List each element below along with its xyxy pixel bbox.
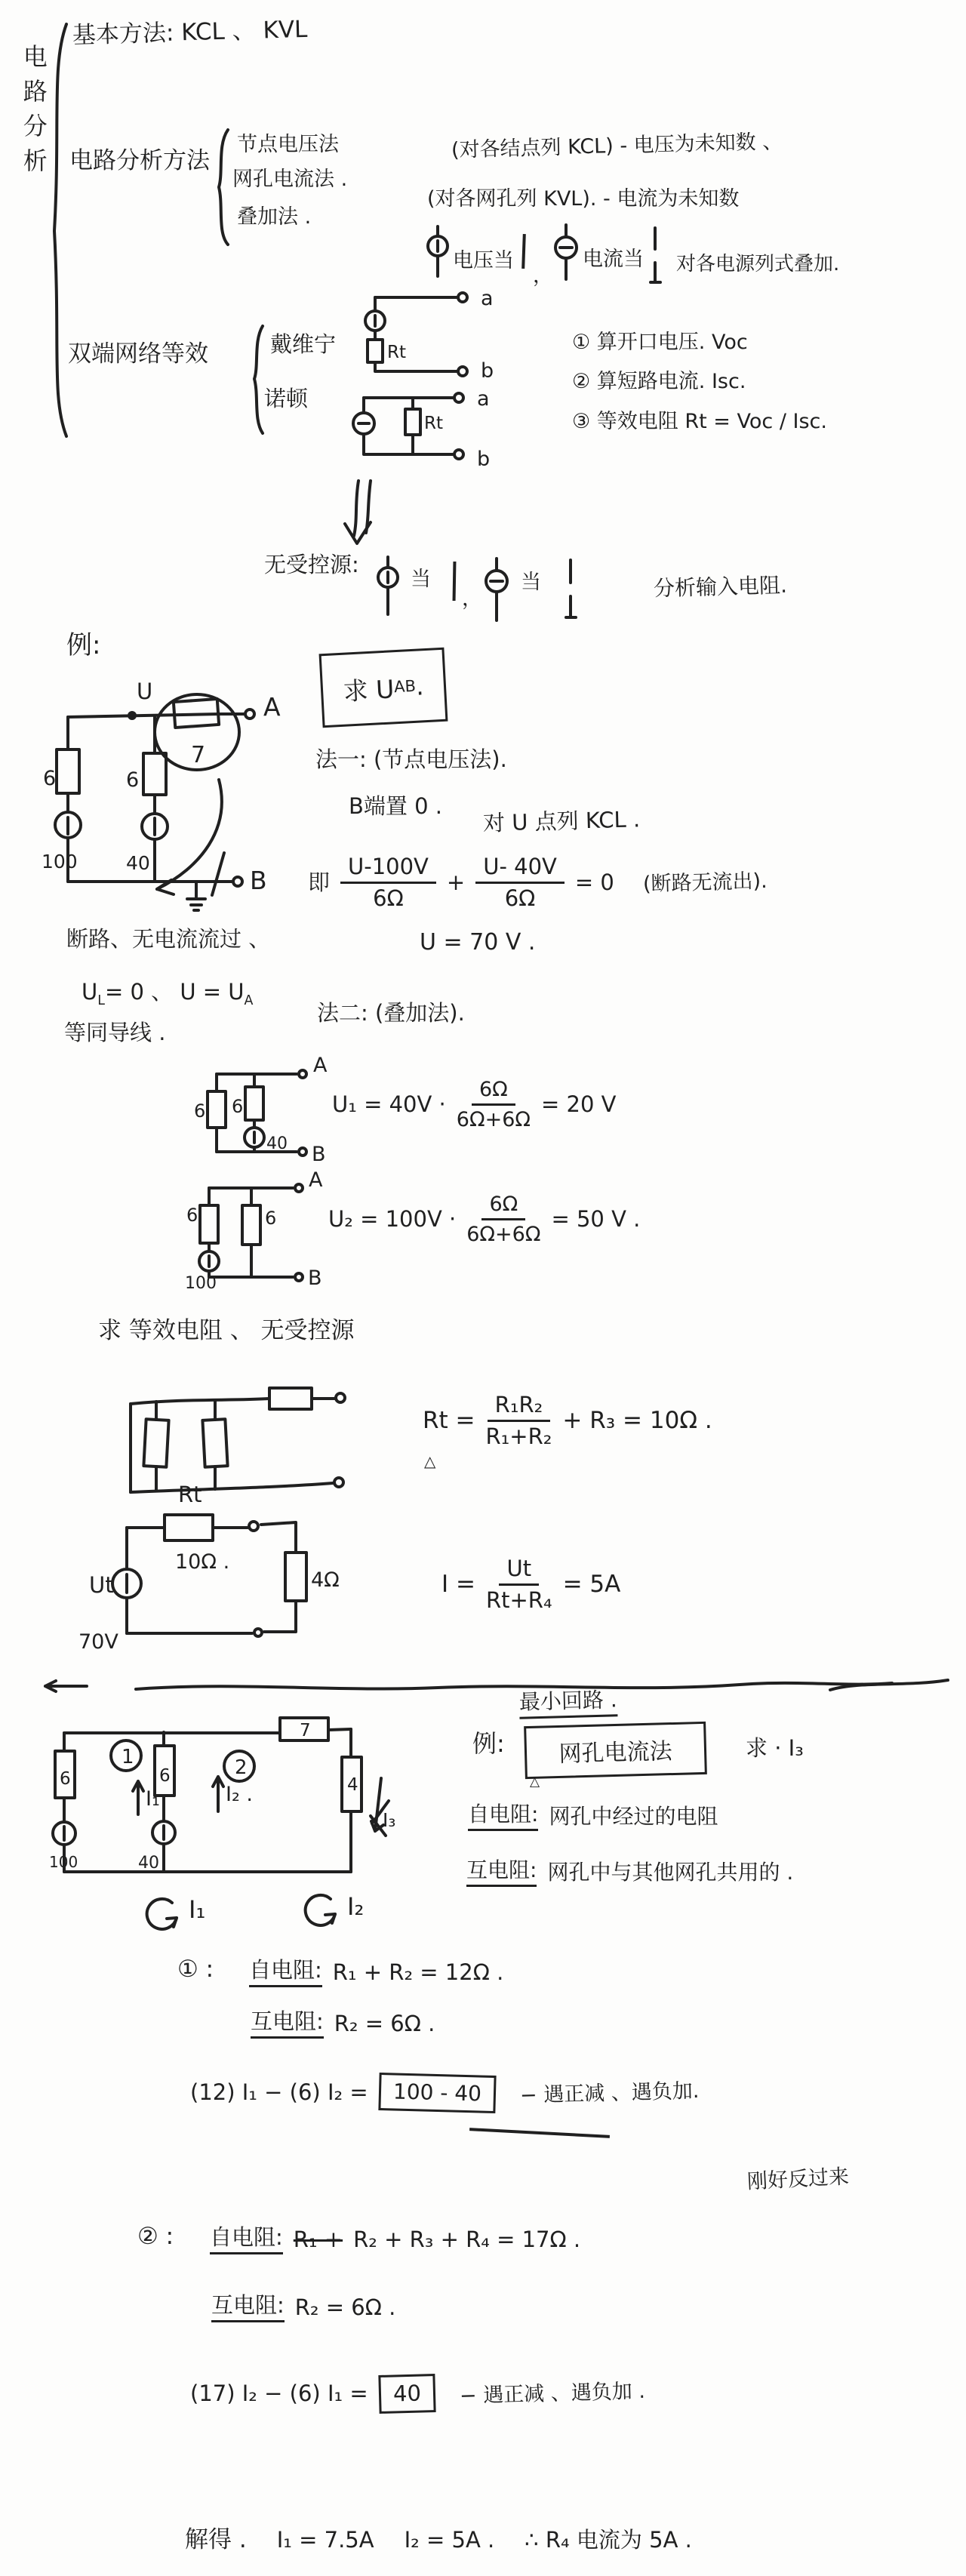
terminal-a (295, 1184, 303, 1192)
u1-equation: U₁ = 40V · 6Ω6Ω+6Ω = 20 V (332, 1078, 617, 1131)
down-arrow-icon (336, 477, 389, 552)
eq1-boxed-value: 100 - 40 (378, 2073, 496, 2113)
fraction-1-num: U-100V (340, 854, 436, 884)
i1-label: I₁ (146, 1787, 160, 1811)
terminal-a (454, 393, 463, 402)
current-equation: I = UtRt+R₄ = 5A (441, 1556, 620, 1614)
resistor-left-label: 6 (60, 1769, 71, 1789)
resistor-left-label: 6 (194, 1100, 205, 1122)
resistor-box-left (57, 749, 79, 793)
u2-fraction: 6Ω6Ω+6Ω (466, 1193, 540, 1246)
fraction-1: U-100V6Ω (340, 854, 436, 912)
twoport-label: 双端网络等效 (68, 341, 208, 368)
mesh-equation-2: (17) I₂ − (6) I₁ = 40 − 遇正减 、遇负加 . (190, 2374, 645, 2413)
step2-self-value: R₂ + R₃ + R₄ = 17Ω . (353, 2227, 580, 2252)
delta-mark: △ (424, 1453, 435, 1470)
terminal-a-label: a (477, 387, 490, 411)
resistor-box-4 (285, 1553, 306, 1601)
self-resistance-text: 网孔中经过的电阻 (549, 1805, 718, 1829)
i2-label: I₂ . (226, 1783, 253, 1806)
delta-mark: △ (530, 1775, 540, 1790)
resistor-box (405, 409, 420, 435)
subcircuit-2: A 6 100 6 B (185, 1171, 328, 1291)
rt-num: R₁R₂ (488, 1393, 551, 1422)
outline-basic-methods: 基本方法: KCL 、 KVL (72, 17, 308, 50)
comma-mark: ， (533, 264, 553, 288)
wire (261, 1522, 296, 1553)
ut-value-label: 70V (78, 1630, 118, 1654)
plus-sign: + (447, 870, 465, 895)
terminal-bottom (254, 1629, 262, 1636)
u2-rhs: = 50 V . (551, 1207, 640, 1232)
source-100-label: 100 (42, 851, 78, 873)
short-circuit-symbol (453, 562, 457, 601)
u2-den: 6Ω+6Ω (466, 1220, 540, 1246)
eq-note: (断路无流出). (642, 869, 767, 896)
resistor-7-label: 7 (300, 1721, 311, 1740)
self-resistance-label: 自电阻: (249, 1958, 322, 1987)
rt-label: Rt (424, 414, 443, 433)
open-circuit-symbol (565, 557, 577, 620)
loop1-arrow-icon (137, 1891, 183, 1936)
loop2-arrow-icon (296, 1887, 341, 1932)
eq2-boxed-value: 40 (378, 2374, 435, 2414)
method2-title: 法二: (叠加法). (317, 1001, 465, 1026)
fraction-1-den: 6Ω (373, 884, 404, 911)
u1-lhs: U₁ = 40V · (332, 1092, 446, 1117)
example-label: 例: (66, 631, 100, 660)
step1-self-value: R₁ + R₂ = 12Ω . (333, 1960, 504, 1985)
wire (264, 1601, 296, 1632)
i-lhs: I = (441, 1571, 475, 1599)
terminal-b (454, 450, 463, 459)
thevenin-step-2: ② 算短路电流. Isc. (572, 370, 746, 393)
solution-label: 解得 . (185, 2527, 247, 2554)
resistor-4-label: 4 (347, 1775, 358, 1795)
ul-s1: L (97, 993, 105, 1008)
rt-fraction: R₁R₂R₁+R₂ (486, 1393, 552, 1450)
terminal-top (249, 1522, 258, 1531)
source-40-label: 40 (138, 1854, 159, 1873)
fraction-2-den: 6Ω (505, 884, 536, 911)
rt-den: R₁+R₂ (486, 1422, 552, 1449)
thevenin-result-circuit: Rt 10Ω . 4Ω Ut 70V (68, 1481, 347, 1658)
step2-mutual-value: R₂ = 6Ω . (295, 2295, 396, 2320)
i1-arrow (133, 1781, 143, 1814)
resistor-left-label: 6 (186, 1205, 198, 1226)
rt-tail: + R₃ = 10Ω . (562, 1408, 712, 1435)
thevenin-step-3: ③ 等效电阻 Rt = Voc / Isc. (572, 410, 827, 433)
ul-s2: A (245, 993, 254, 1008)
method-superposition: 叠加法 . (237, 205, 311, 229)
method-mesh-current: 网孔电流法 . (232, 168, 347, 191)
wire (375, 362, 457, 371)
superposition-tail-note: 对各电源列式叠加. (676, 254, 839, 276)
outline-methods-label: 电路分析方法 (69, 148, 210, 175)
self-resistance-label: 自电阻: (210, 2225, 283, 2254)
ul-p1: U (82, 979, 97, 1005)
voltage-source-icon (377, 557, 398, 616)
terminal-b (299, 1148, 306, 1156)
u2-lhs: U₂ = 100V · (328, 1207, 456, 1232)
wire (328, 1729, 351, 1730)
u1-fraction: 6Ω6Ω+6Ω (457, 1078, 531, 1131)
thevenin-circuit: a Rt b (343, 281, 506, 379)
i-fraction: UtRt+R₄ (486, 1556, 552, 1614)
node-dot (128, 711, 137, 720)
current-source-icon (555, 225, 577, 281)
open-circuit-note: 断路、无电流流过 、 (66, 927, 270, 952)
solution-i2: I₂ = 5A . (405, 2528, 495, 2553)
i3-label: I₃ (383, 1809, 395, 1831)
step1-mutual-resistance: 互电阻: R₂ = 6Ω . (251, 2009, 435, 2039)
terminal-b (458, 367, 467, 376)
rt-equation: Rt = R₁R₂R₁+R₂ + R₃ = 10Ω . (423, 1393, 712, 1450)
mesh-circuit: 7 4 6 100 6 40 1 2 I₁ I₂ . I₃ (49, 1712, 396, 1900)
mesh2-number: 2 (235, 1756, 248, 1779)
step1-head: ① : (177, 1956, 214, 1984)
step2-mutual-resistance: 互电阻: R₂ = 6Ω . (211, 2293, 395, 2322)
terminal-b-label: B (312, 1143, 326, 1166)
goal-subscript: AB (394, 677, 417, 696)
resistor-box-r2 (202, 1419, 227, 1467)
fraction-2: U- 40V6Ω (475, 854, 565, 912)
resistor-mid-label: 6 (232, 1096, 243, 1117)
wire-equivalence-note: 等同导线 . (64, 1020, 165, 1045)
step2-head: ② : (137, 2224, 174, 2251)
wire (364, 434, 453, 454)
i2-arrow (213, 1777, 223, 1811)
outline-main-brace (44, 20, 69, 442)
no-dependent-source-label: 无受控源: (264, 552, 359, 577)
self-resistance-def: 自电阻: 网孔中经过的电阻 (468, 1802, 718, 1831)
resistor-mid-label: 6 (159, 1766, 171, 1786)
rt-label: Rt (387, 343, 406, 362)
resistor-left-label: 6 (43, 767, 56, 790)
i-equals-note: 当 (521, 571, 541, 594)
mutual-resistance-label: 互电阻: (466, 1858, 537, 1887)
method1-step-a: B端置 0 . (349, 794, 442, 819)
terminal-a (245, 709, 254, 719)
i-den: Rt+R₄ (486, 1586, 552, 1613)
loop2-label: I₂ (347, 1893, 364, 1921)
step2-struck-term: R₁ + (294, 2227, 343, 2252)
resistor-box-rt (165, 1515, 213, 1540)
u-result: U = 70 V . (420, 930, 535, 956)
u1-den: 6Ω+6Ω (457, 1106, 531, 1131)
kcl-note: (对各结点列 KCL) - 电压为未知数 、 (451, 130, 783, 162)
current-source-note: 电流当 (583, 248, 644, 271)
mutual-resistance-def: 互电阻: 网孔中与其他网孔共用的 . (466, 1858, 793, 1887)
node-u-label: U (137, 679, 152, 704)
norton-circuit: a Rt b (340, 379, 502, 477)
fraction-2-num: U- 40V (475, 854, 565, 884)
kvl-note: (对各网孔列 KVL). - 电流为未知数 (427, 187, 739, 211)
mesh1-number: 1 (122, 1746, 134, 1768)
final-solution-row: 解得 . I₁ = 7.5A I₂ = 5A . ∴ R₄ 电流为 5A . (185, 2527, 692, 2554)
goal-period: . (415, 671, 425, 700)
resistor-7-label: 7 (191, 742, 205, 768)
voltage-source-icon (427, 226, 448, 278)
section-divider (15, 1667, 955, 1704)
u1-rhs: = 20 V (541, 1092, 616, 1117)
terminal-b (295, 1273, 303, 1281)
twoport-brace (249, 323, 266, 436)
resistor-box (368, 340, 383, 362)
terminal-a-label: A (313, 1054, 328, 1077)
subcircuit-1: A 6 6 40 B (192, 1055, 332, 1168)
resistor-box-left (200, 1205, 218, 1243)
wire (131, 1399, 269, 1404)
kcl-equation: 即 U-100V6Ω + U- 40V6Ω = 0 (断路无流出). (308, 854, 768, 912)
resistor-mid-label: 6 (265, 1208, 276, 1229)
thevenin-step-1: ① 算开口电压. Voc (572, 331, 748, 354)
goal-text: 求 U (342, 669, 395, 707)
method1-step-b: 对 U 点列 KCL . (483, 807, 641, 836)
resistor-box-mid (245, 1087, 263, 1120)
step2-self-resistance: 自电阻: R₁ + R₂ + R₃ + R₄ = 17Ω . (210, 2225, 580, 2254)
step1-self-resistance: 自电阻: R₁ + R₂ = 12Ω . (249, 1958, 503, 1987)
terminal-b-label: b (477, 448, 490, 471)
eq1-note: − 遇正减 、遇负加. (519, 2079, 699, 2107)
resistor-box-mid (242, 1205, 260, 1245)
ul-p2: = 0 、 U = U (105, 979, 245, 1005)
comma-mark: ， (462, 587, 482, 611)
v-equals-note: 当 (411, 568, 431, 591)
open-circuit-symbol (649, 225, 661, 285)
example-label: 例: (472, 1730, 505, 1758)
eq-word: 即 (308, 870, 330, 895)
input-resistance-note: 分析输入电阻. (654, 574, 788, 602)
mutual-resistance-label: 互电阻: (211, 2293, 285, 2322)
eq2-note: − 遇正减 、遇负加 . (459, 2380, 645, 2408)
terminal-b-label: B (250, 866, 267, 895)
mutual-resistance-text: 网孔中与其他网孔共用的 . (547, 1860, 793, 1885)
goal-box: 求 UAB. (319, 648, 448, 728)
eq1-note2: 刚好反过来 (746, 2165, 849, 2193)
norton-label: 诺顿 (264, 386, 308, 411)
mesh-title-box: 网孔电流法 (524, 1722, 707, 1779)
terminal-top (336, 1393, 345, 1402)
handwritten-notes-page: 电路分析 基本方法: KCL 、 KVL 电路分析方法 节点电压法 网孔电流法 … (0, 0, 966, 2576)
box-underline-stroke (469, 2128, 610, 2138)
eq2-lhs: (17) I₂ − (6) I₁ = (190, 2381, 368, 2406)
eq1-lhs: (12) I₁ − (6) I₂ = (190, 2080, 368, 2105)
i-rhs: = 5A (563, 1571, 621, 1599)
resistor-4-label: 4Ω (311, 1568, 340, 1592)
methods-brace (213, 127, 231, 248)
terminal-a-label: a (481, 287, 494, 310)
mutual-resistance-label: 互电阻: (251, 2009, 324, 2039)
rt-value-label: 10Ω . (175, 1550, 229, 1574)
current-source-icon (486, 559, 507, 622)
resistor-box-left (208, 1091, 226, 1128)
method1-title: 法一: (节点电压法). (315, 747, 507, 772)
pointer-arrow (128, 776, 241, 916)
step1-mutual-value: R₂ = 6Ω . (334, 2011, 435, 2036)
resistor-box-r3 (269, 1388, 312, 1409)
rt-label: Rt (178, 1482, 202, 1507)
rt-lhs: Rt = (423, 1408, 475, 1435)
req-title: 求 等效电阻 、 无受控源 (98, 1318, 355, 1345)
terminal-a (299, 1070, 306, 1078)
terminal-a-label: A (309, 1168, 323, 1192)
thevenin-label: 戴维宁 (270, 332, 336, 357)
terminal-a (458, 293, 467, 302)
mesh-subtitle: 最小回路 . (519, 1688, 618, 1719)
method-node-voltage: 节点电压法 (237, 133, 339, 156)
terminal-a-label: A (263, 692, 281, 722)
ul-note: UL= 0 、 U = UA (82, 980, 253, 1008)
i-num: Ut (499, 1556, 539, 1586)
ut-label: Ut (89, 1572, 114, 1598)
solution-conclusion: ∴ R₄ 电流为 5A . (525, 2528, 692, 2553)
loop1-label: I₁ (189, 1896, 205, 1924)
u2-num: 6Ω (481, 1193, 525, 1220)
short-circuit-symbol (521, 234, 526, 269)
solution-i1: I₁ = 7.5A (277, 2528, 374, 2553)
resistor-box-r1 (143, 1419, 168, 1467)
terminal-b-label: B (308, 1266, 322, 1290)
wire (68, 714, 219, 717)
self-resistance-label: 自电阻: (468, 1802, 538, 1831)
mesh-goal: 求 · I₃ (746, 1736, 804, 1761)
eq-rhs: = 0 (575, 870, 614, 895)
mesh-equation-1: (12) I₁ − (6) I₂ = 100 - 40 − 遇正减 、遇负加. (190, 2074, 699, 2112)
u1-num: 6Ω (472, 1078, 515, 1106)
source-100-label: 100 (49, 1853, 78, 1871)
voltage-source-note: 电压当 (453, 249, 514, 272)
mesh-title: 网孔电流法 (558, 1732, 672, 1768)
u2-equation: U₂ = 100V · 6Ω6Ω+6Ω = 50 V . (328, 1193, 640, 1246)
